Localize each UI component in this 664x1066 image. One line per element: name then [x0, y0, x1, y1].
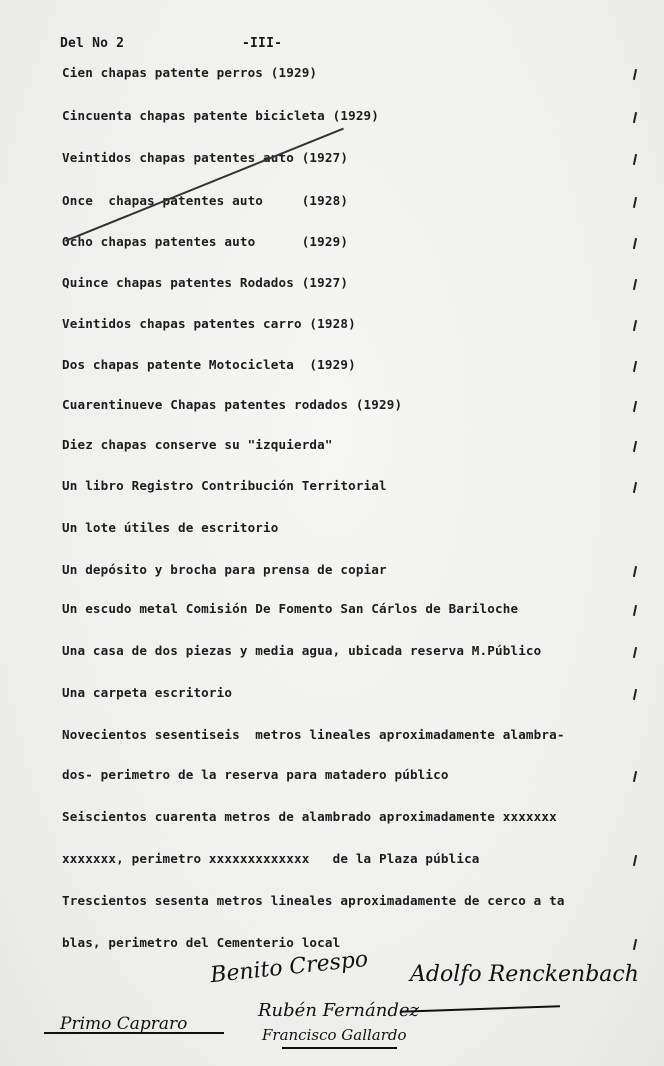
document-page: Del No 2-III- Cien chapas patente perros… — [0, 0, 664, 1066]
check-mark-icon — [633, 441, 637, 452]
check-mark-icon — [633, 855, 637, 866]
inventory-line: Cien chapas patente perros (1929) — [62, 65, 317, 80]
check-mark-icon — [633, 154, 637, 165]
check-mark-icon — [633, 939, 637, 950]
inventory-line: Once chapas patentes auto (1928) — [62, 193, 348, 208]
inventory-line: Veintidos chapas patentes carro (1928) — [62, 316, 356, 331]
check-mark-icon — [633, 605, 637, 616]
signature-3: Rubén Fernández — [258, 1000, 419, 1021]
signature-4: Primo Capraro — [60, 1014, 187, 1034]
check-mark-icon — [633, 320, 637, 331]
inventory-line: Diez chapas conserve su "izquierda" — [62, 437, 333, 452]
document-reference: Del No 2 — [60, 36, 242, 51]
signature-underline — [44, 1032, 224, 1034]
strikethrough-mark — [65, 128, 344, 242]
inventory-line: Un depósito y brocha para prensa de copi… — [62, 562, 387, 577]
inventory-line: xxxxxxx, perimetro xxxxxxxxxxxxx de la P… — [62, 851, 480, 866]
inventory-line: Ocho chapas patentes auto (1929) — [62, 234, 348, 249]
inventory-line: Un escudo metal Comisión De Fomento San … — [62, 601, 518, 616]
inventory-line: dos- perimetro de la reserva para matade… — [62, 767, 449, 782]
inventory-line: Una casa de dos piezas y media agua, ubi… — [62, 643, 541, 658]
check-mark-icon — [633, 647, 637, 658]
inventory-line: Cincuenta chapas patente bicicleta (1929… — [62, 108, 379, 123]
signature-1: Benito Crespo — [209, 947, 369, 988]
inventory-line: Dos chapas patente Motocicleta (1929) — [62, 357, 356, 372]
page-number: -III- — [242, 36, 282, 51]
inventory-line: Novecientos sesentiseis metros lineales … — [62, 727, 565, 742]
check-mark-icon — [633, 401, 637, 412]
check-mark-icon — [633, 482, 637, 493]
inventory-line: Seiscientos cuarenta metros de alambrado… — [62, 809, 557, 824]
check-mark-icon — [633, 112, 637, 123]
inventory-line: Veintidos chapas patentes auto (1927) — [62, 150, 348, 165]
check-mark-icon — [633, 771, 637, 782]
signature-underline — [400, 1005, 560, 1013]
signature-2: Adolfo Renckenbach — [410, 962, 639, 987]
inventory-line: Un lote útiles de escritorio — [62, 520, 279, 535]
check-mark-icon — [633, 689, 637, 700]
inventory-line: Quince chapas patentes Rodados (1927) — [62, 275, 348, 290]
signature-5: Francisco Gallardo — [262, 1026, 407, 1044]
check-mark-icon — [633, 279, 637, 290]
check-mark-icon — [633, 361, 637, 372]
inventory-line: blas, perimetro del Cementerio local — [62, 935, 340, 950]
inventory-line: Trescientos sesenta metros lineales apro… — [62, 893, 565, 908]
inventory-line: Un libro Registro Contribución Territori… — [62, 478, 387, 493]
signature-underline — [282, 1047, 397, 1049]
check-mark-icon — [633, 69, 637, 80]
inventory-line: Una carpeta escritorio — [62, 685, 232, 700]
check-mark-icon — [633, 566, 637, 577]
check-mark-icon — [633, 238, 637, 249]
check-mark-icon — [633, 197, 637, 208]
page-header: Del No 2-III- — [60, 36, 282, 51]
inventory-line: Cuarentinueve Chapas patentes rodados (1… — [62, 397, 402, 412]
